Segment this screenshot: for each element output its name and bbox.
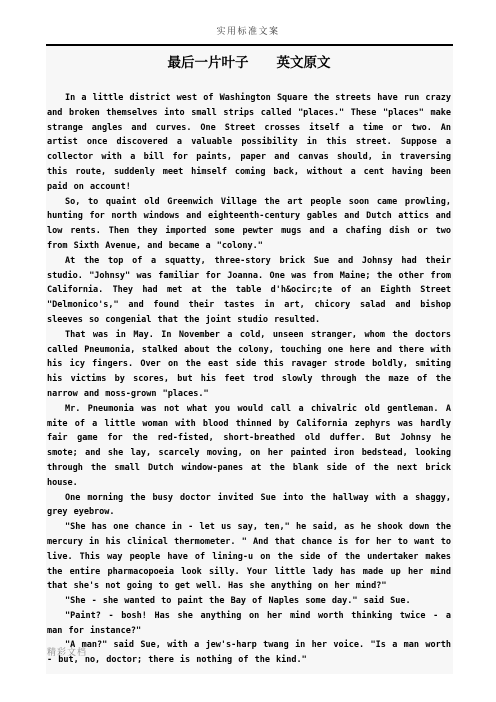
paragraph: So, to quaint old Greenwich Village the … <box>47 195 451 254</box>
document-title-chinese: 最后一片叶子 <box>168 55 249 71</box>
paragraph: "She has one chance in - let us say, ten… <box>47 520 451 594</box>
paragraph: "A man?" said Sue, with a jew's-harp twa… <box>47 638 451 668</box>
paragraph: One morning the busy doctor invited Sue … <box>47 491 451 521</box>
header-watermark: 实用标准文案 <box>0 24 496 37</box>
paragraph: At the top of a squatty, three-story bri… <box>47 254 451 328</box>
paragraph: "She - she wanted to paint the Bay of Na… <box>47 594 451 609</box>
paragraph: In a little district west of Washington … <box>47 91 451 195</box>
paragraph: Mr. Pneumonia was not what you would cal… <box>47 402 451 491</box>
document-page: { "page": { "header_note": "实用标准文案", "fo… <box>0 0 496 702</box>
document-content-box: 最后一片叶子英文原文 In a little district west of … <box>46 44 453 674</box>
document-title: 最后一片叶子英文原文 <box>47 51 451 71</box>
document-title-suffix: 英文原文 <box>277 55 331 71</box>
document-body: In a little district west of Washington … <box>47 91 451 668</box>
paragraph: That was in May. In November a cold, uns… <box>47 328 451 402</box>
paragraph: "Paint? - bosh! Has she anything on her … <box>47 609 451 639</box>
footer-watermark: 精彩文档 <box>47 645 87 658</box>
